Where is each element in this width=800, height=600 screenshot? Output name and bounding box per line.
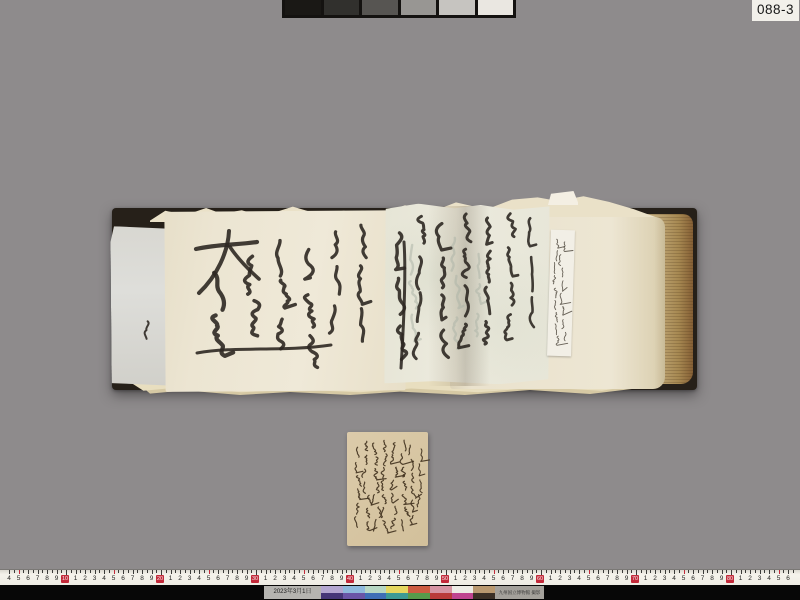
- ruler-number: 7: [604, 575, 612, 582]
- ruler-tick: [361, 570, 362, 574]
- ruler-halftick: [793, 570, 794, 573]
- ruler-tick: [722, 570, 723, 574]
- ruler-halftick: [242, 570, 243, 573]
- ruler-tick: [750, 570, 751, 574]
- ruler-halftick: [166, 570, 167, 573]
- ruler-halftick: [346, 570, 347, 573]
- color-patch: [321, 593, 343, 600]
- ruler-number: 6: [309, 575, 317, 582]
- ruler-halftick: [251, 570, 252, 573]
- ruler-tick: [570, 570, 571, 574]
- ruler-number: 4: [290, 575, 298, 582]
- ruler-halftick: [23, 570, 24, 573]
- ruler-tick: [47, 570, 48, 574]
- ruler-number: 2: [556, 575, 564, 582]
- ruler-tick: [427, 570, 428, 574]
- ruler-number: 8: [138, 575, 146, 582]
- ruler-number: 4: [385, 575, 393, 582]
- ruler-decade-label: 50: [441, 575, 449, 583]
- ruler-tick: [475, 570, 476, 574]
- ruler-number: 6: [404, 575, 412, 582]
- ruler-number: 4: [5, 575, 13, 582]
- ruler-halftick: [622, 570, 623, 573]
- ruler-halftick: [536, 570, 537, 573]
- ruler-halftick: [185, 570, 186, 573]
- ruler-halftick: [650, 570, 651, 573]
- ruler-halftick: [299, 570, 300, 573]
- ruler-tick: [304, 570, 305, 574]
- color-patch: [473, 593, 495, 600]
- ruler-tick: [123, 570, 124, 574]
- ruler-number: 5: [15, 575, 23, 582]
- ruler-number: 7: [129, 575, 137, 582]
- ruler-tick: [693, 570, 694, 574]
- ruler-halftick: [156, 570, 157, 573]
- ruler-number: 8: [613, 575, 621, 582]
- ruler-halftick: [147, 570, 148, 573]
- ruler-halftick: [42, 570, 43, 573]
- color-patch: [408, 593, 430, 600]
- ruler-halftick: [517, 570, 518, 573]
- ruler-tick: [589, 570, 590, 574]
- ruler-tick: [788, 570, 789, 574]
- ruler-tick: [655, 570, 656, 574]
- ruler-tick: [703, 570, 704, 574]
- ruler-tick: [408, 570, 409, 574]
- ruler-tick: [180, 570, 181, 574]
- ruler-tick: [9, 570, 10, 574]
- ruler-number: 5: [300, 575, 308, 582]
- ruler-number: 9: [528, 575, 536, 582]
- color-patch: [452, 593, 474, 600]
- ruler-number: 3: [91, 575, 99, 582]
- ruler-halftick: [527, 570, 528, 573]
- ruler-number: 7: [224, 575, 232, 582]
- ruler-number: 7: [34, 575, 42, 582]
- ruler-number: 4: [670, 575, 678, 582]
- ruler-tick: [237, 570, 238, 574]
- grayscale-calibration-bar: [282, 0, 516, 18]
- ruler-halftick: [80, 570, 81, 573]
- ruler-halftick: [422, 570, 423, 573]
- ruler-tick: [665, 570, 666, 574]
- ruler-tick: [551, 570, 552, 574]
- ruler-halftick: [565, 570, 566, 573]
- ruler-number: 7: [319, 575, 327, 582]
- ruler-number: 5: [110, 575, 118, 582]
- ruler-number: 3: [281, 575, 289, 582]
- ruler-halftick: [631, 570, 632, 573]
- archival-photograph: 088-3 4567891012345678920123456789301234…: [0, 0, 800, 600]
- ruler-number: 5: [775, 575, 783, 582]
- ruler-decade-label: 30: [251, 575, 259, 583]
- ruler-tick: [608, 570, 609, 574]
- color-patch: [386, 593, 408, 600]
- ruler-halftick: [688, 570, 689, 573]
- ruler-tick: [712, 570, 713, 574]
- ruler-tick: [209, 570, 210, 574]
- grayscale-patch: [401, 0, 437, 15]
- ruler-number: 5: [490, 575, 498, 582]
- date-label: 2023年3月1日: [264, 586, 321, 599]
- ruler-number: 6: [594, 575, 602, 582]
- ruler-halftick: [612, 570, 613, 573]
- calligraphy-card: [347, 432, 428, 546]
- ruler-number: 5: [680, 575, 688, 582]
- ruler-tick: [266, 570, 267, 574]
- ruler-halftick: [584, 570, 585, 573]
- ruler-tick: [294, 570, 295, 574]
- grayscale-patch: [362, 0, 398, 15]
- ruler-number: 6: [214, 575, 222, 582]
- ruler-tick: [684, 570, 685, 574]
- ruler-halftick: [213, 570, 214, 573]
- ruler-tick: [228, 570, 229, 574]
- ruler-tick: [532, 570, 533, 574]
- ruler-number: 4: [100, 575, 108, 582]
- ruler-halftick: [774, 570, 775, 573]
- ruler-halftick: [223, 570, 224, 573]
- ruler-halftick: [337, 570, 338, 573]
- ruler-halftick: [707, 570, 708, 573]
- ruler-halftick: [52, 570, 53, 573]
- ruler-halftick: [137, 570, 138, 573]
- ruler-halftick: [593, 570, 594, 573]
- ruler-number: 3: [566, 575, 574, 582]
- ruler-halftick: [403, 570, 404, 573]
- ruler-halftick: [289, 570, 290, 573]
- left-page: [164, 210, 405, 392]
- ruler-number: 6: [24, 575, 32, 582]
- ruler-number: 4: [480, 575, 488, 582]
- ruler-number: 2: [81, 575, 89, 582]
- ruler-tick: [133, 570, 134, 574]
- ruler-halftick: [99, 570, 100, 573]
- ruler-tick: [617, 570, 618, 574]
- ruler-number: 9: [243, 575, 251, 582]
- museum-credit-label: 九州国立博物館 撮影: [495, 586, 544, 599]
- ruler-halftick: [384, 570, 385, 573]
- ruler-number: 8: [43, 575, 51, 582]
- ruler-tick: [579, 570, 580, 574]
- ruler-number: 1: [72, 575, 80, 582]
- ruler-tick: [57, 570, 58, 574]
- color-patch: [430, 593, 452, 600]
- ruler-tick: [38, 570, 39, 574]
- ruler-decade-label: 70: [631, 575, 639, 583]
- ruler-tick: [760, 570, 761, 574]
- ruler-number: 2: [366, 575, 374, 582]
- ruler-tick: [503, 570, 504, 574]
- ruler-tick: [323, 570, 324, 574]
- ruler-tick: [646, 570, 647, 574]
- annotation-slip: [547, 230, 575, 357]
- ruler-number: 1: [737, 575, 745, 582]
- ruler-number: 9: [53, 575, 61, 582]
- ruler-decade-label: 60: [536, 575, 544, 583]
- ruler-tick: [437, 570, 438, 574]
- ruler-tick: [389, 570, 390, 574]
- ruler-halftick: [413, 570, 414, 573]
- ruler-halftick: [308, 570, 309, 573]
- ruler-halftick: [470, 570, 471, 573]
- ruler-halftick: [356, 570, 357, 573]
- ruler-number: 9: [623, 575, 631, 582]
- ruler-halftick: [783, 570, 784, 573]
- ruler-halftick: [261, 570, 262, 573]
- ruler-halftick: [479, 570, 480, 573]
- ruler-tick: [484, 570, 485, 574]
- ruler-tick: [19, 570, 20, 574]
- ruler-tick: [399, 570, 400, 574]
- ruler-number: 1: [547, 575, 555, 582]
- ruler-tick: [741, 570, 742, 574]
- ruler-number: 6: [119, 575, 127, 582]
- ruler-tick: [275, 570, 276, 574]
- ruler-number: 6: [784, 575, 792, 582]
- ruler-number: 4: [575, 575, 583, 582]
- ruler-number: 1: [167, 575, 175, 582]
- ruler-number: 3: [756, 575, 764, 582]
- ruler-tick: [85, 570, 86, 574]
- ruler-number: 2: [651, 575, 659, 582]
- ruler-number: 2: [176, 575, 184, 582]
- ruler-halftick: [698, 570, 699, 573]
- ruler-decade-label: 10: [61, 575, 69, 583]
- ruler-halftick: [679, 570, 680, 573]
- ruler-tick: [418, 570, 419, 574]
- ruler-halftick: [669, 570, 670, 573]
- ruler-tick: [769, 570, 770, 574]
- ruler-tick: [114, 570, 115, 574]
- ruler-halftick: [717, 570, 718, 573]
- ruler-tick: [456, 570, 457, 574]
- ruler-number: 6: [689, 575, 697, 582]
- ruler-tick: [152, 570, 153, 574]
- ruler-decade-label: 20: [156, 575, 164, 583]
- ruler-tick: [218, 570, 219, 574]
- ruler-number: 4: [765, 575, 773, 582]
- ruler-number: 8: [708, 575, 716, 582]
- ruler-halftick: [375, 570, 376, 573]
- ruler-halftick: [451, 570, 452, 573]
- ruler-halftick: [432, 570, 433, 573]
- ruler-tick: [598, 570, 599, 574]
- ruler-number: 3: [471, 575, 479, 582]
- ruler-halftick: [726, 570, 727, 573]
- ruler-tick: [247, 570, 248, 574]
- ruler-number: 3: [376, 575, 384, 582]
- ruler-halftick: [365, 570, 366, 573]
- ruler-number: 9: [433, 575, 441, 582]
- ruler-tick: [370, 570, 371, 574]
- ruler-number: 1: [262, 575, 270, 582]
- ruler-tick: [380, 570, 381, 574]
- ruler-number: 8: [233, 575, 241, 582]
- ruler-halftick: [194, 570, 195, 573]
- grayscale-patch: [324, 0, 360, 15]
- gutter-shadow: [428, 206, 490, 386]
- grayscale-patch: [439, 0, 475, 15]
- ruler-halftick: [641, 570, 642, 573]
- ruler-halftick: [460, 570, 461, 573]
- ruler-tick: [779, 570, 780, 574]
- ruler-halftick: [546, 570, 547, 573]
- ruler-tick: [494, 570, 495, 574]
- ruler-number: 3: [186, 575, 194, 582]
- ruler-tick: [171, 570, 172, 574]
- photo-info-strip: 2023年3月1日 九州国立博物館 撮影: [0, 585, 800, 600]
- ruler-tick: [199, 570, 200, 574]
- ruler-halftick: [204, 570, 205, 573]
- ruler-halftick: [755, 570, 756, 573]
- color-calibration-bar: [321, 586, 495, 599]
- ruler-tick: [190, 570, 191, 574]
- color-patch: [365, 593, 387, 600]
- ruler-halftick: [498, 570, 499, 573]
- ruler-halftick: [764, 570, 765, 573]
- ruler-number: 7: [414, 575, 422, 582]
- ruler-number: 5: [585, 575, 593, 582]
- ruler-halftick: [318, 570, 319, 573]
- ruler-number: 8: [328, 575, 336, 582]
- ruler-number: 1: [452, 575, 460, 582]
- ruler-number: 9: [718, 575, 726, 582]
- ruler-tick: [560, 570, 561, 574]
- ruler-halftick: [603, 570, 604, 573]
- ruler-halftick: [660, 570, 661, 573]
- ruler-number: 9: [148, 575, 156, 582]
- ruler-tick: [142, 570, 143, 574]
- ruler-halftick: [118, 570, 119, 573]
- ruler-halftick: [745, 570, 746, 573]
- ruler-halftick: [508, 570, 509, 573]
- color-patch: [343, 593, 365, 600]
- ruler-halftick: [128, 570, 129, 573]
- ruler-tick: [285, 570, 286, 574]
- ruler-halftick: [489, 570, 490, 573]
- ruler-number: 7: [699, 575, 707, 582]
- ruler-halftick: [270, 570, 271, 573]
- ruler-number: 1: [642, 575, 650, 582]
- ruler-number: 2: [461, 575, 469, 582]
- ruler-halftick: [232, 570, 233, 573]
- ruler-number: 8: [423, 575, 431, 582]
- ruler-halftick: [61, 570, 62, 573]
- ruler-halftick: [574, 570, 575, 573]
- ruler-halftick: [394, 570, 395, 573]
- ruler-tick: [627, 570, 628, 574]
- ruler-number: 2: [271, 575, 279, 582]
- ruler-decade-label: 40: [346, 575, 354, 583]
- ruler-number: 1: [357, 575, 365, 582]
- measuring-scale: 4567891012345678920123456789301234567894…: [0, 569, 800, 585]
- ruler-tick: [95, 570, 96, 574]
- ruler-number: 3: [661, 575, 669, 582]
- ruler-number: 5: [395, 575, 403, 582]
- ruler-halftick: [327, 570, 328, 573]
- ruler-halftick: [71, 570, 72, 573]
- ruler-number: 6: [499, 575, 507, 582]
- grayscale-patch: [478, 0, 514, 15]
- ruler-halftick: [736, 570, 737, 573]
- ruler-tick: [313, 570, 314, 574]
- ruler-tick: [522, 570, 523, 574]
- ruler-tick: [28, 570, 29, 574]
- ruler-number: 4: [195, 575, 203, 582]
- ruler-number: 2: [746, 575, 754, 582]
- grayscale-patch: [285, 0, 321, 15]
- protruding-page-tab: [548, 191, 578, 205]
- ruler-halftick: [109, 570, 110, 573]
- ruler-number: 7: [509, 575, 517, 582]
- ruler-tick: [674, 570, 675, 574]
- ruler-halftick: [14, 570, 15, 573]
- ruler-halftick: [555, 570, 556, 573]
- ruler-halftick: [90, 570, 91, 573]
- ruler-tick: [104, 570, 105, 574]
- ruler-tick: [342, 570, 343, 574]
- ruler-tick: [332, 570, 333, 574]
- ruler-halftick: [33, 570, 34, 573]
- ruler-number: 8: [518, 575, 526, 582]
- ruler-halftick: [175, 570, 176, 573]
- ruler-number: 5: [205, 575, 213, 582]
- ruler-tick: [76, 570, 77, 574]
- ruler-halftick: [441, 570, 442, 573]
- ruler-tick: [513, 570, 514, 574]
- ruler-tick: [465, 570, 466, 574]
- catalog-number-label: 088-3: [752, 0, 799, 21]
- ruler-decade-label: 80: [726, 575, 734, 583]
- ruler-number: 9: [338, 575, 346, 582]
- ruler-halftick: [280, 570, 281, 573]
